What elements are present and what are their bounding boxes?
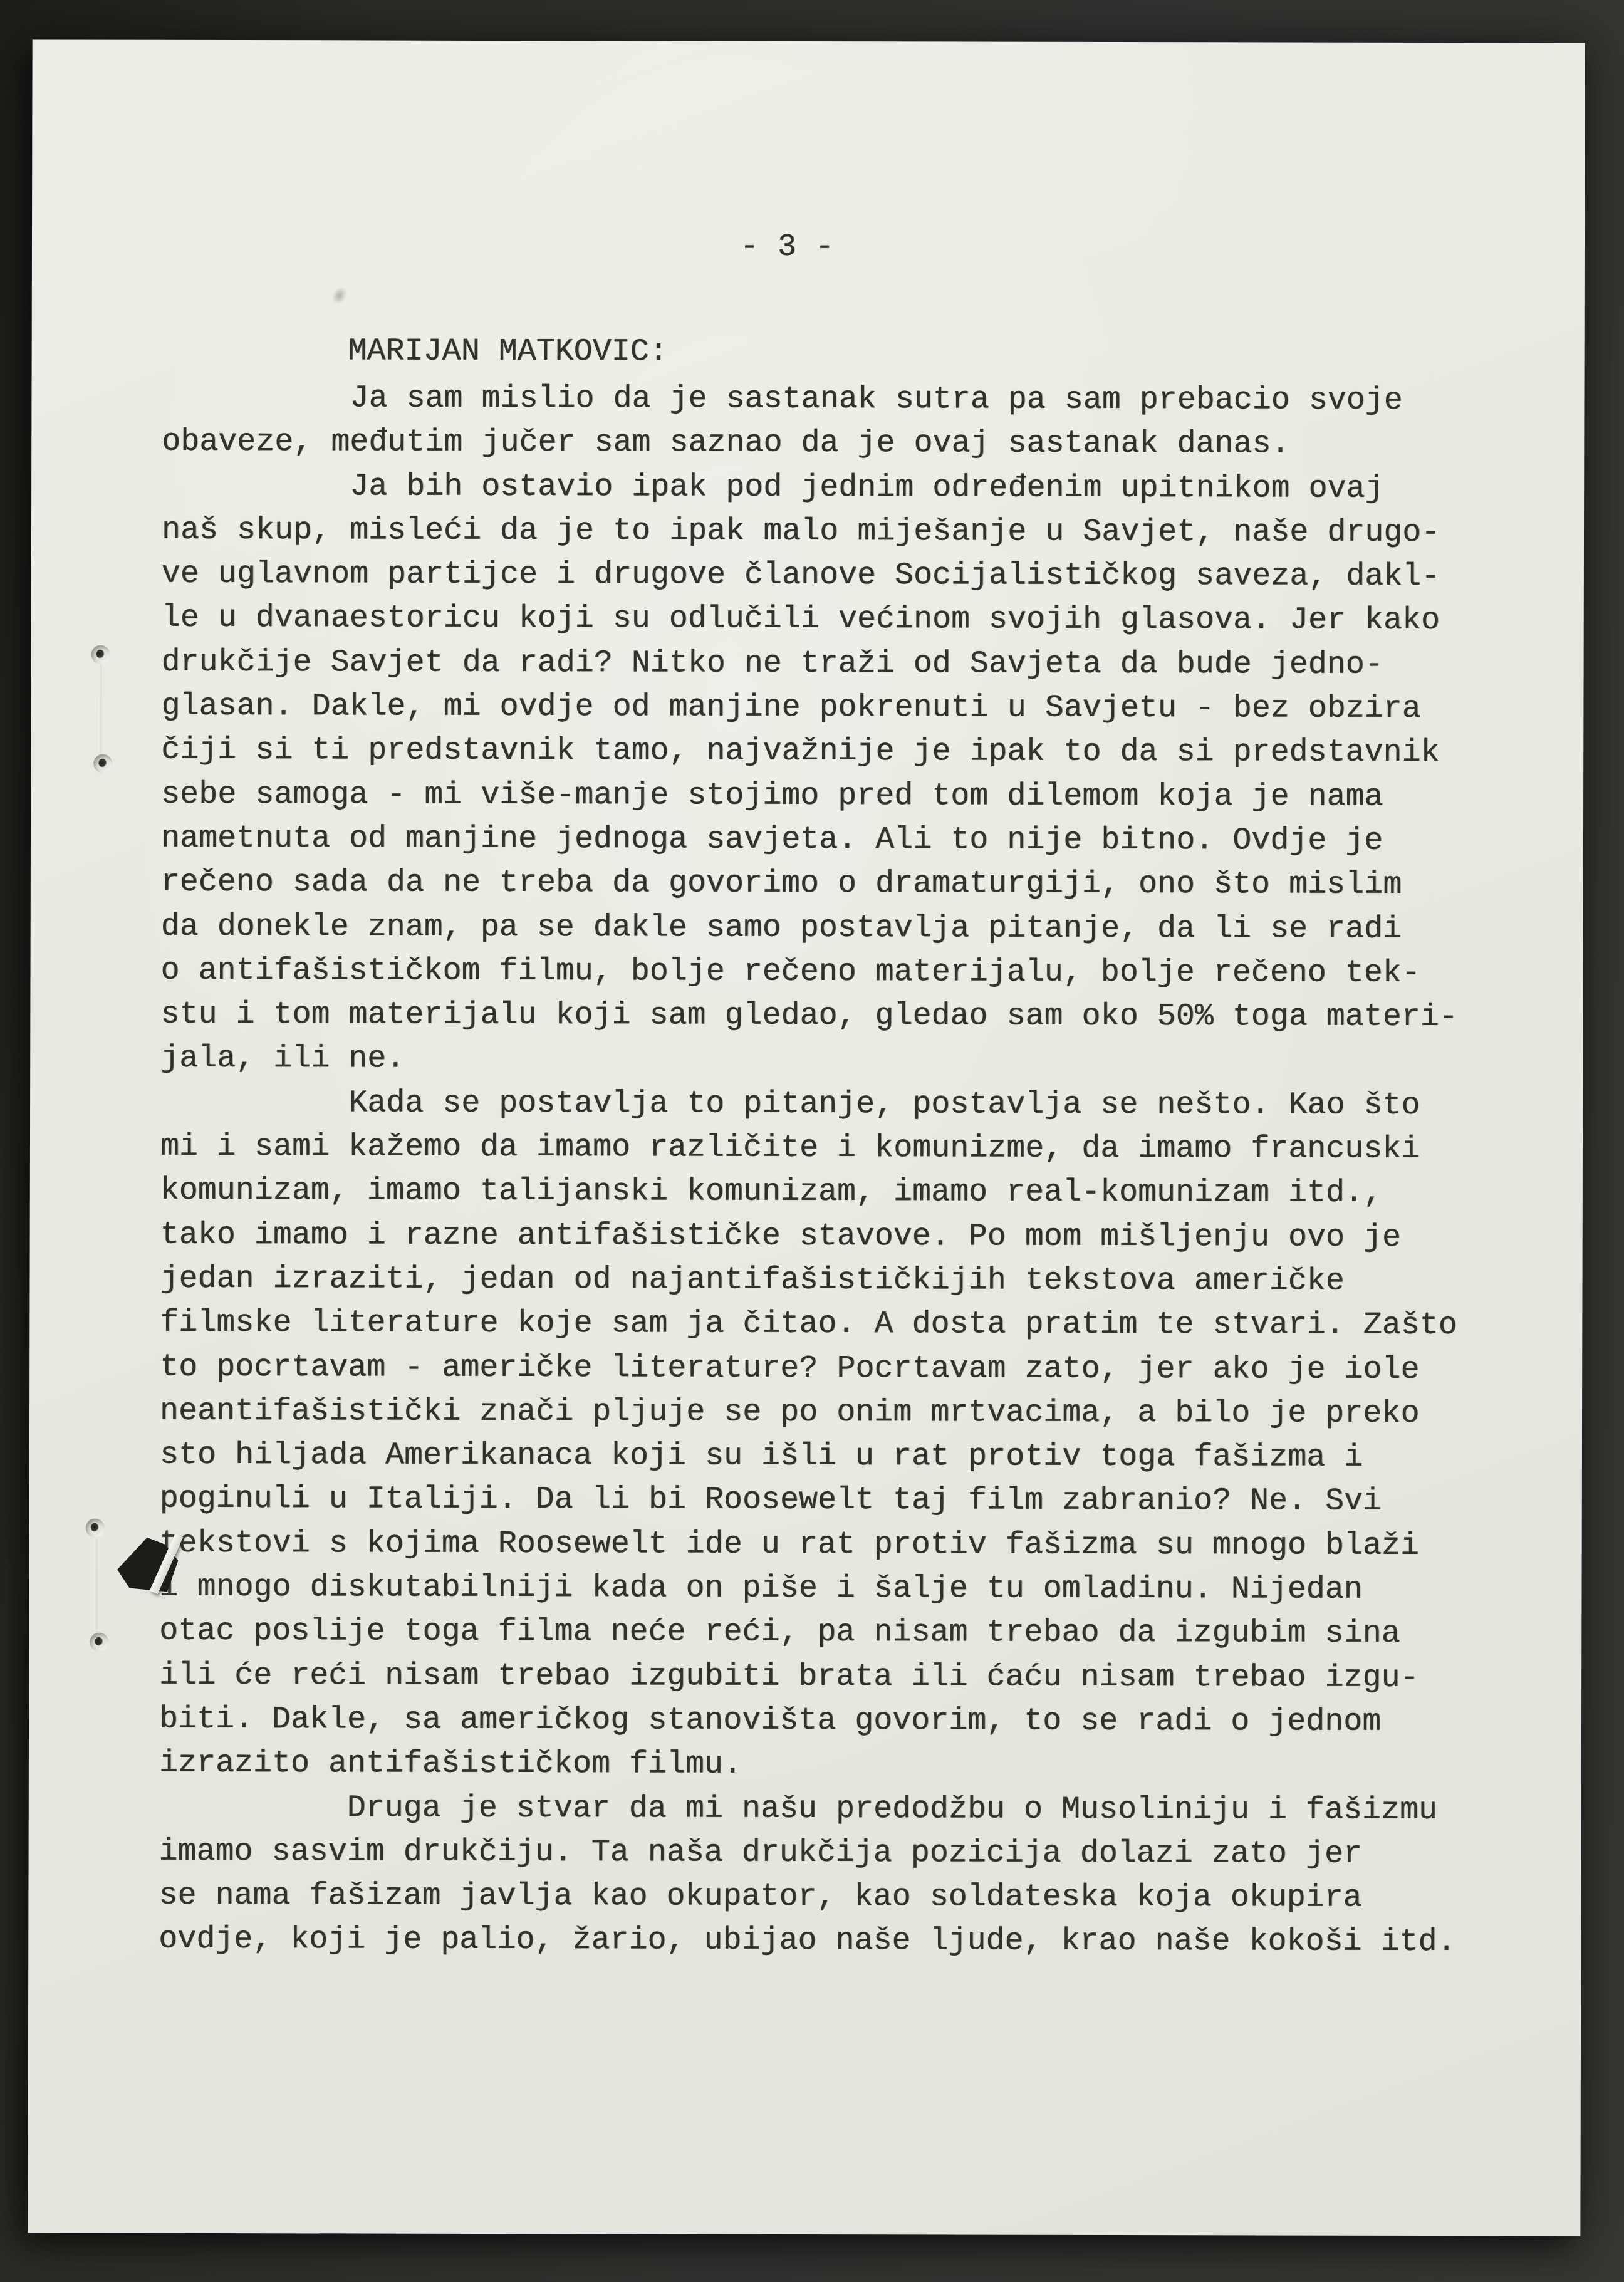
staple-crease	[94, 1539, 97, 1634]
pencil-smudge	[329, 284, 350, 307]
staple-crease	[98, 664, 101, 757]
document-page: - 3 - MARIJAN MATKOVIC: Ja sam mislio da…	[28, 39, 1585, 2236]
speaker-name: MARIJAN MATKOVIC:	[348, 333, 668, 370]
staple-hole	[91, 645, 110, 664]
staple-hole	[90, 1633, 108, 1652]
scan-photo: { "colors": { "background": "#343230", "…	[0, 0, 1624, 2282]
transcript-body: Ja sam mislio da je sastanak sutra pa sa…	[159, 377, 1502, 1965]
staple-hole	[93, 754, 112, 773]
staple-hole	[86, 1519, 105, 1538]
page-number: - 3 -	[740, 229, 834, 265]
